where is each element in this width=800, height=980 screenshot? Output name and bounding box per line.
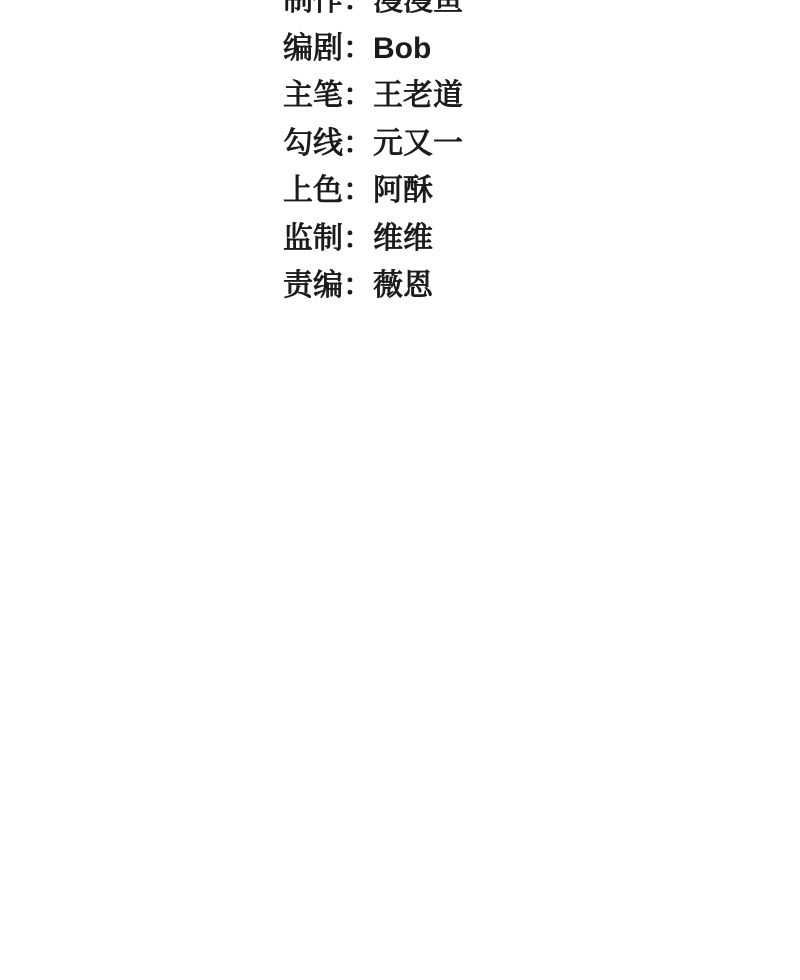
credit-role: 编剧 [283, 32, 343, 65]
credit-row-scriptwriter: 编剧：Bob [283, 25, 463, 73]
credit-colon: ： [343, 0, 373, 17]
credit-row-colorist: 上色：阿酥 [283, 167, 463, 215]
credit-colon: ： [343, 127, 373, 160]
credit-name: 阿酥 [373, 174, 433, 207]
credit-row-editor: 责编：薇恩 [283, 262, 463, 310]
credit-role: 上色 [283, 174, 343, 207]
credit-colon: ： [343, 32, 373, 65]
credit-colon: ： [343, 174, 373, 207]
credit-role: 监制 [283, 222, 343, 255]
credit-row-supervisor: 监制：维维 [283, 215, 463, 263]
credit-name: Bob [373, 32, 431, 65]
credit-colon: ： [343, 222, 373, 255]
credit-role: 主笔 [283, 79, 343, 112]
credits-block: 制作：漫漫鱼 编剧：Bob 主笔：王老道 勾线：元又一 上色：阿酥 监制：维维 … [283, 0, 463, 310]
credit-row-production: 制作：漫漫鱼 [283, 0, 463, 25]
credit-role: 制作 [283, 0, 343, 17]
credit-name: 元又一 [373, 127, 463, 160]
credit-role: 责编 [283, 269, 343, 302]
credit-name: 漫漫鱼 [373, 0, 463, 17]
credit-colon: ： [343, 79, 373, 112]
credit-colon: ： [343, 269, 373, 302]
credit-name: 维维 [373, 222, 433, 255]
credit-row-lead-artist: 主笔：王老道 [283, 72, 463, 120]
credit-name: 薇恩 [373, 269, 433, 302]
credit-name: 王老道 [373, 79, 463, 112]
comic-credits-page: 制作：漫漫鱼 编剧：Bob 主笔：王老道 勾线：元又一 上色：阿酥 监制：维维 … [0, 0, 800, 980]
credit-row-line-art: 勾线：元又一 [283, 120, 463, 168]
credit-role: 勾线 [283, 127, 343, 160]
